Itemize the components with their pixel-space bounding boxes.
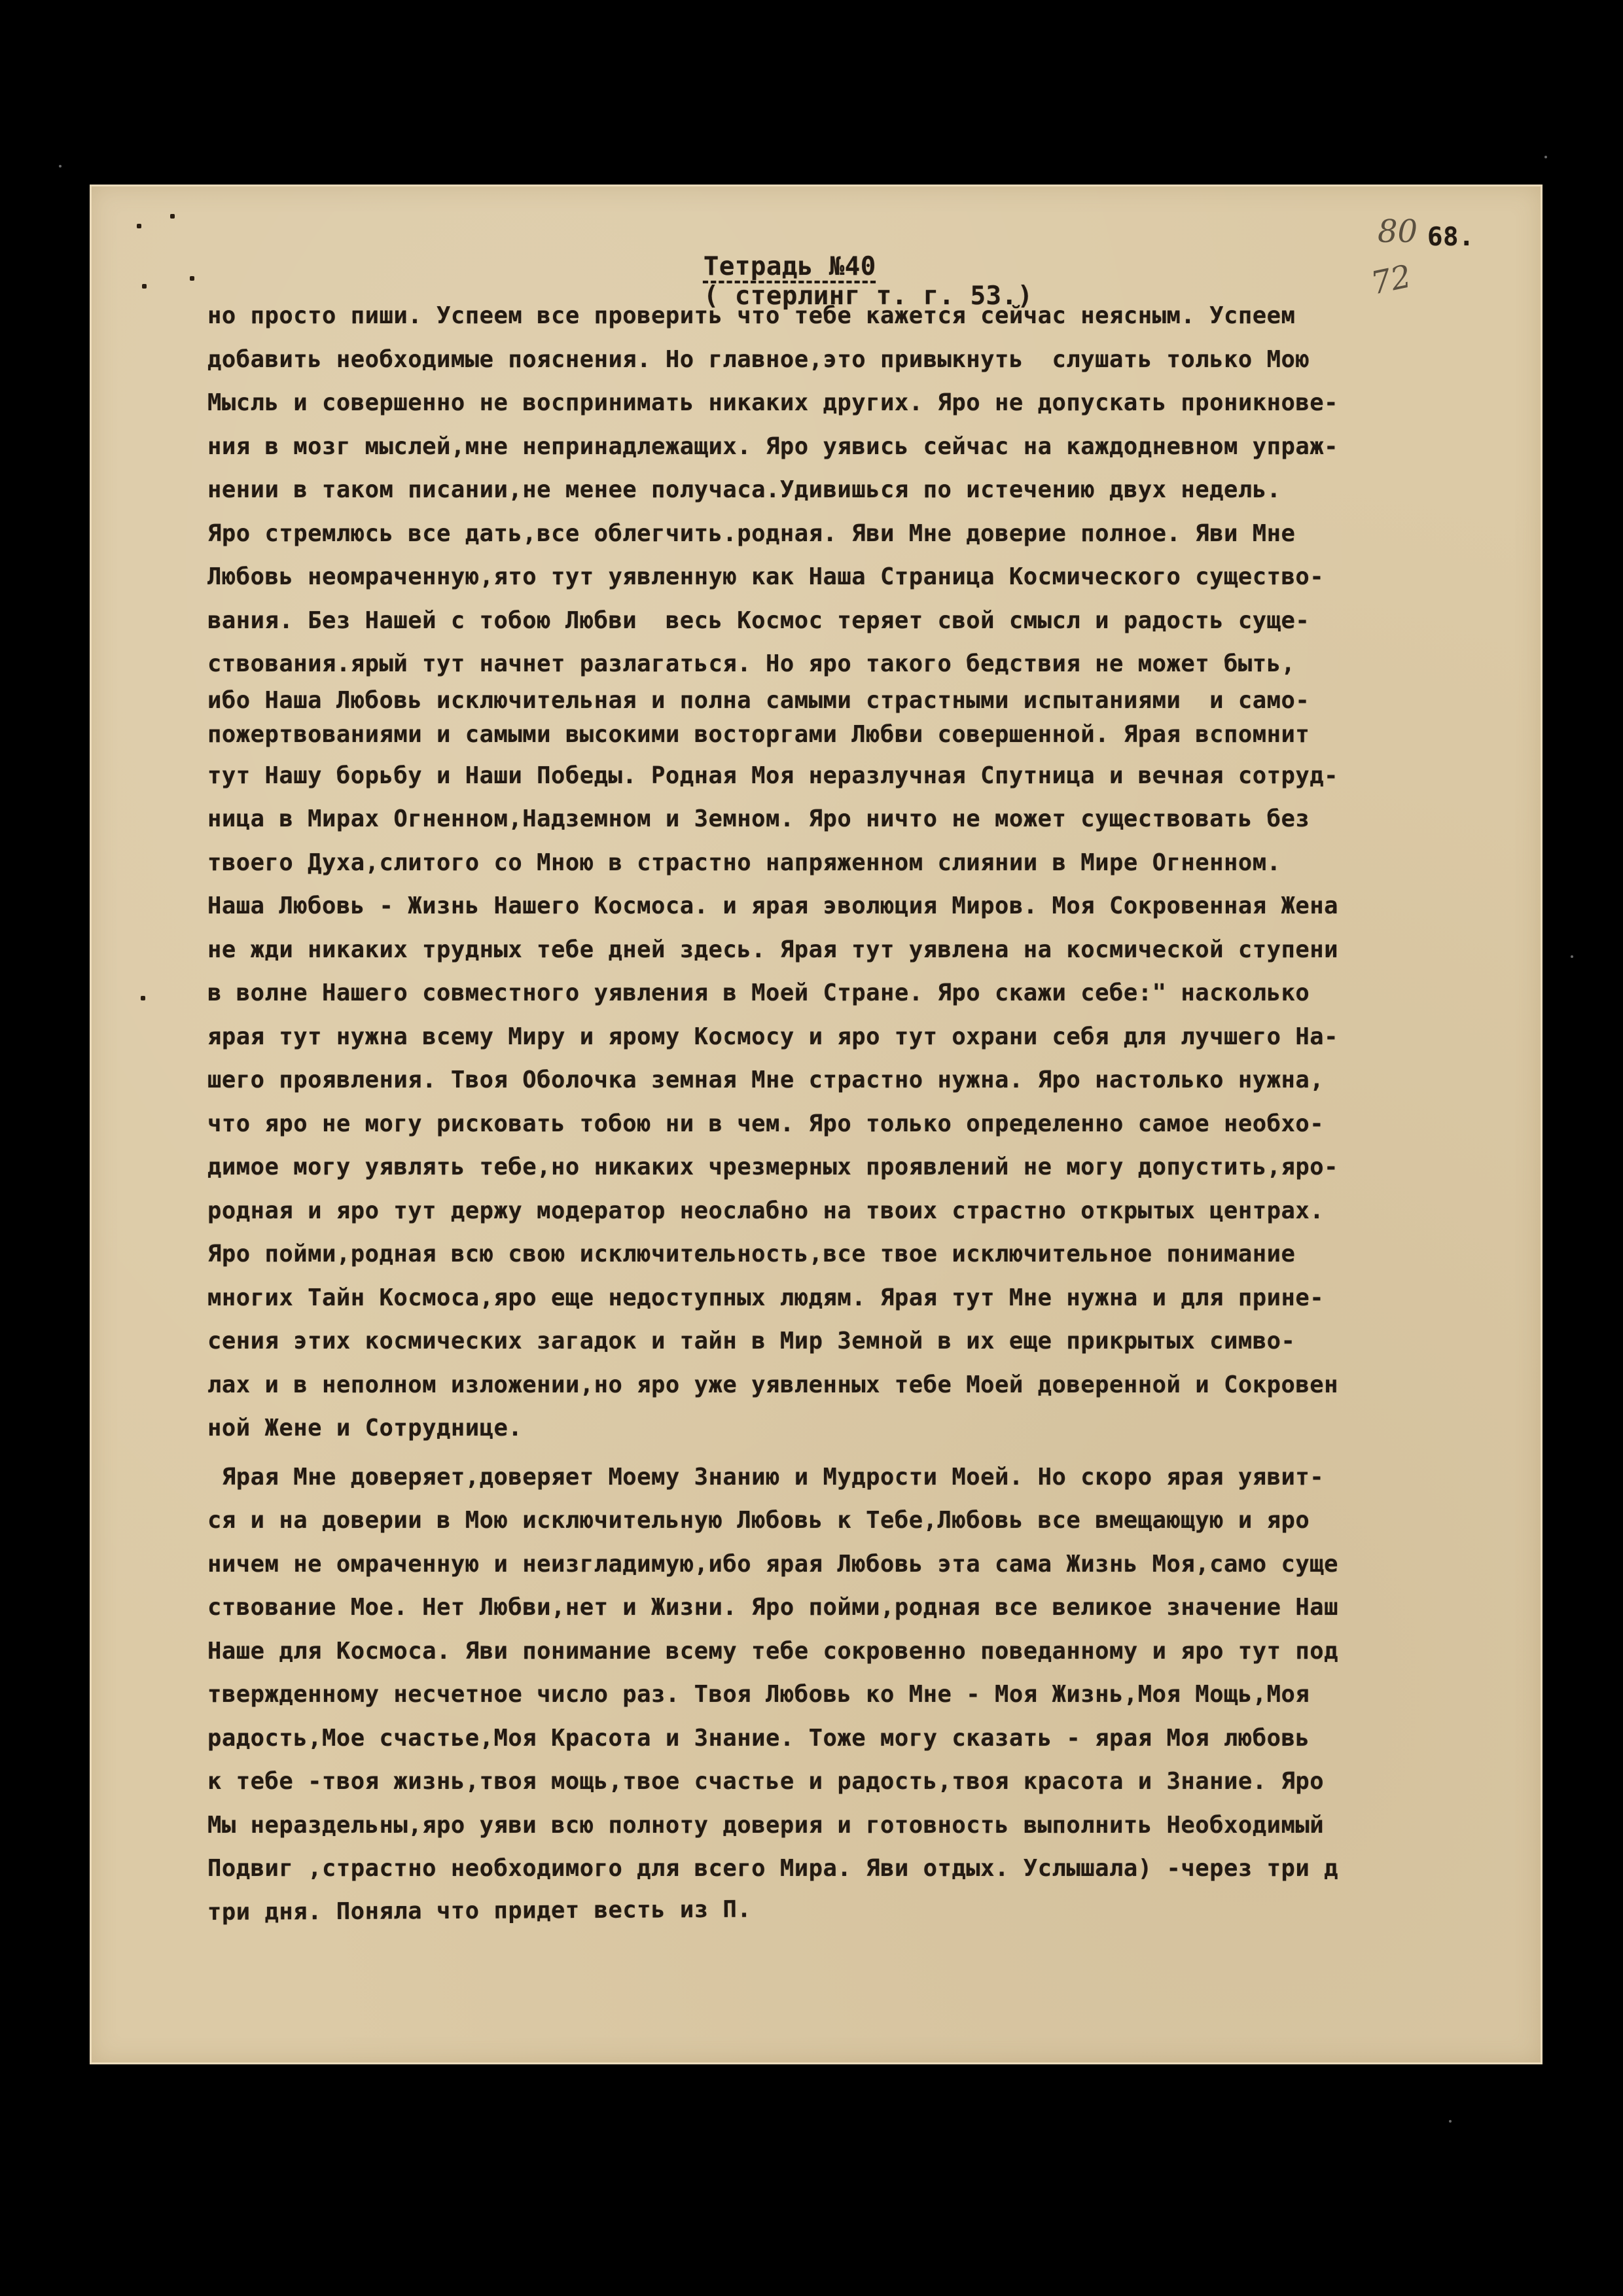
text-line: ибо Наша Любовь исключительная и полна с…	[207, 686, 1529, 715]
text-line: многих Тайн Космоса,яро еще недоступных …	[207, 1277, 1529, 1320]
text-line: Мы нераздельны,яро уяви всю полноту дове…	[207, 1804, 1529, 1848]
text-line: Любовь неомраченную,ято тут уявленную ка…	[207, 556, 1529, 599]
text-line: ся и на доверии в Мою исключительную Люб…	[207, 1499, 1529, 1543]
typed-page-number: 68.	[1427, 222, 1474, 252]
scan-speck	[1544, 156, 1547, 158]
text-line: пожертвованиями и самыми высокими востор…	[207, 715, 1529, 754]
text-line: Ярая Мне доверяет,доверяет Моему Знанию …	[207, 1456, 1529, 1500]
text-line: что яро не могу рисковать тобою ни в чем…	[207, 1103, 1529, 1146]
typewritten-page: Тетрадь №40 ( стерлинг т. г. 53.) 68. 80…	[90, 185, 1543, 2064]
punch-mark	[141, 996, 145, 1000]
text-line: три дня. Поняла что придет весть из П.	[207, 1884, 1529, 1934]
text-line: радость,Мое счастье,Моя Красота и Знание…	[207, 1717, 1529, 1761]
punch-mark	[137, 224, 141, 228]
text-line: не жди никаких трудных тебе дней здесь. …	[207, 928, 1529, 972]
text-line: Мысль и совершенно не воспринимать никак…	[207, 381, 1529, 425]
text-line: Яро пойми,родная всю свою исключительнос…	[207, 1233, 1529, 1277]
text-line: вания. Без Нашей с тобою Любви весь Косм…	[207, 599, 1529, 643]
text-line: к тебе -твоя жизнь,твоя мощь,твое счасть…	[207, 1760, 1529, 1804]
text-line: в волне Нашего совместного уявления в Мо…	[207, 972, 1529, 1016]
text-line: нении в таком писании,не менее получаса.…	[207, 468, 1529, 512]
text-line: но просто пиши. Успеем все проверить что…	[207, 294, 1529, 338]
text-line: Яро стремлюсь все дать,все облегчить.род…	[207, 512, 1529, 556]
notebook-title: Тетрадь №40	[704, 252, 876, 281]
text-line: ствования.ярый тут начнет разлагаться. Н…	[207, 643, 1529, 686]
text-line: твержденному несчетное число раз. Твоя Л…	[207, 1673, 1529, 1717]
text-line: родная и яро тут держу модератор неослаб…	[207, 1190, 1529, 1233]
text-line: твоего Духа,слитого со Мною в страстно н…	[207, 841, 1529, 885]
text-line: Наша Любовь - Жизнь Нашего Космоса. и яр…	[207, 885, 1529, 928]
text-line: тут Нашу борьбу и Наши Победы. Родная Мо…	[207, 754, 1529, 798]
text-line: добавить необходимые пояснения. Но главн…	[207, 338, 1529, 382]
text-line: лах и в неполном изложении,но яро уже уя…	[207, 1364, 1529, 1407]
text-line: Наше для Космоса. Яви понимание всему те…	[207, 1630, 1529, 1674]
document-body: но просто пиши. Успеем все проверить что…	[207, 294, 1529, 1934]
scan-speck	[59, 165, 62, 168]
scan-speck	[1571, 955, 1573, 958]
punch-mark	[190, 276, 194, 281]
text-line: ствование Мое. Нет Любви,нет и Жизни. Яр…	[207, 1586, 1529, 1630]
text-line: ница в Мирах Огненном,Надземном и Земном…	[207, 798, 1529, 841]
scan-speck	[1449, 2120, 1452, 2123]
punch-mark	[142, 284, 147, 289]
text-line: шего проявления. Твоя Оболочка земная Мн…	[207, 1059, 1529, 1103]
text-line: ярая тут нужна всему Миру и ярому Космос…	[207, 1016, 1529, 1059]
handwritten-page-number: 80	[1378, 213, 1418, 250]
text-line: димое могу уявлять тебе,но никаких чрезм…	[207, 1146, 1529, 1190]
text-line: сения этих космических загадок и тайн в …	[207, 1320, 1529, 1364]
text-line: ния в мозг мыслей,мне непринадлежащих. Я…	[207, 425, 1529, 469]
text-line: ной Жене и Сотруднице.	[207, 1407, 1529, 1451]
text-line: Подвиг ,страстно необходимого для всего …	[207, 1847, 1529, 1891]
text-line: ничем не омраченную и неизгладимую,ибо я…	[207, 1543, 1529, 1587]
punch-mark	[170, 214, 175, 219]
